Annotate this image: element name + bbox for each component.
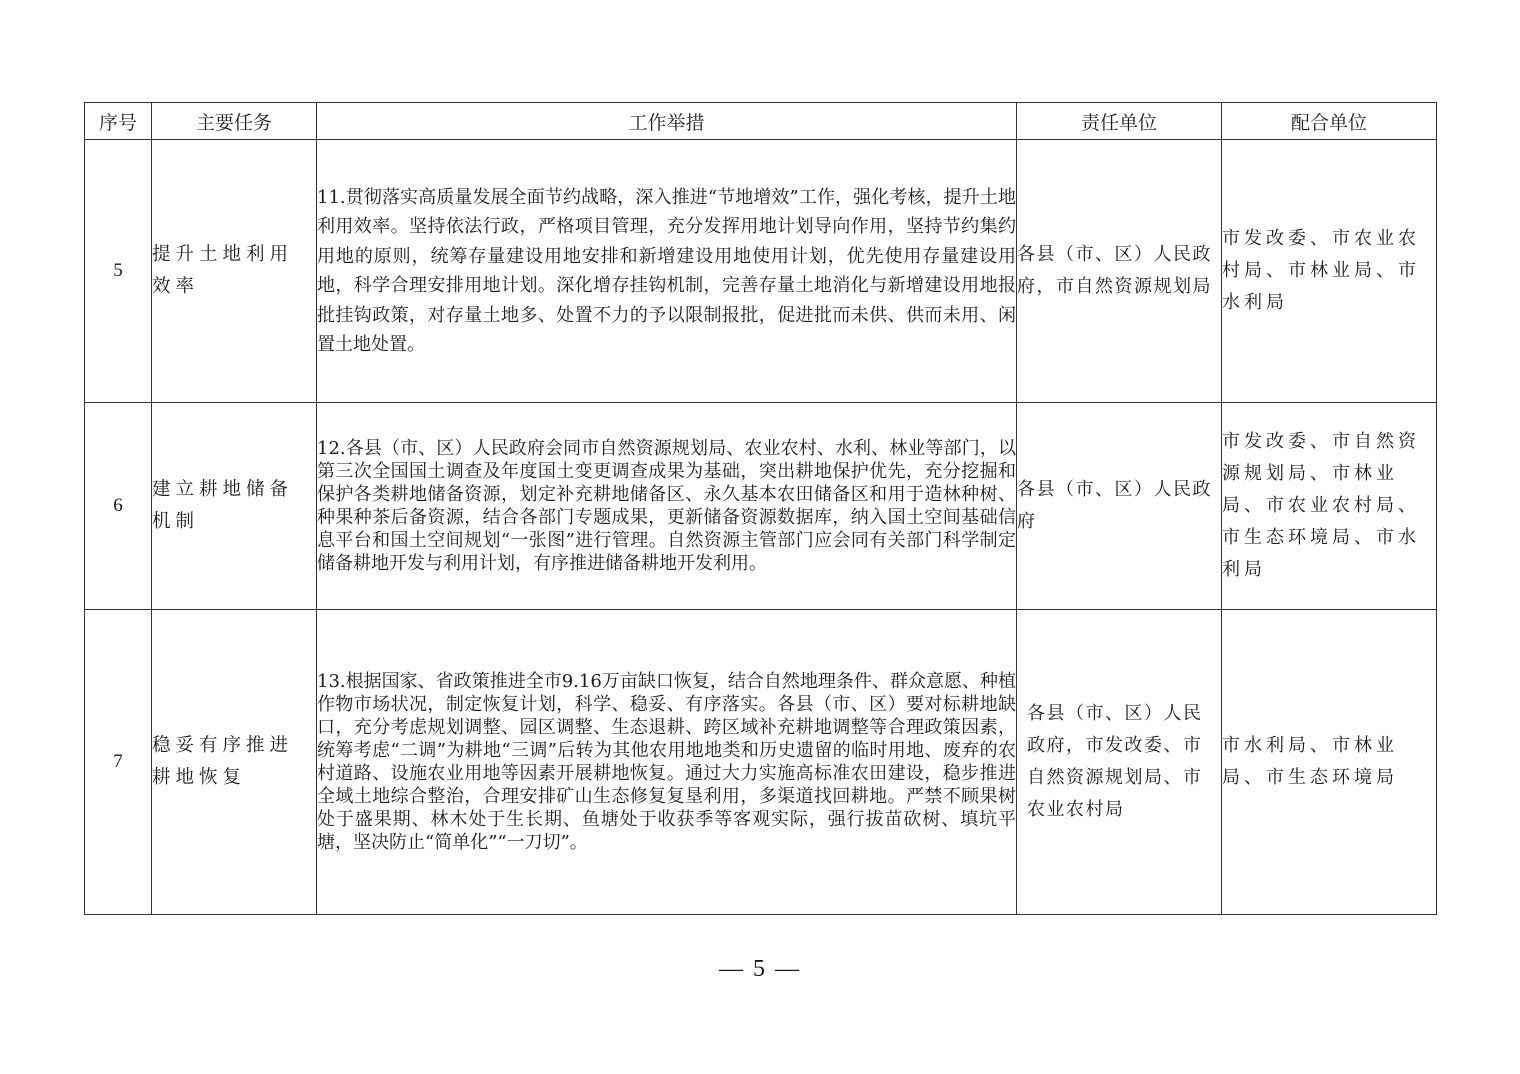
- document-page: 序号 主要任务 工作举措 责任单位 配合单位 5 提升土地利用效率 11.贯彻落…: [0, 0, 1520, 1074]
- table-header-row: 序号 主要任务 工作举措 责任单位 配合单位: [85, 103, 1437, 140]
- table-row: 6 建立耕地储备机制 12.各县（市、区）人民政府会同市自然资源规划局、农业农村…: [85, 403, 1437, 610]
- row-cooperating: 市发改委、市自然资源规划局、市林业局、市农业农村局、市生态环境局、市水利局: [1222, 403, 1437, 610]
- table-row: 7 稳妥有序推进耕地恢复 13.根据国家、省政策推进全市9.16万亩缺口恢复，结…: [85, 610, 1437, 915]
- table-row: 5 提升土地利用效率 11.贯彻落实高质量发展全面节约战略，深入推进“节地增效”…: [85, 140, 1437, 403]
- row-cooperating: 市发改委、市农业农村局、市林业局、市水利局: [1222, 140, 1437, 403]
- header-measure: 工作举措: [317, 103, 1017, 140]
- row-task: 建立耕地储备机制: [152, 403, 317, 610]
- row-measure: 12.各县（市、区）人民政府会同市自然资源规划局、农业农村、水利、林业等部门，以…: [317, 403, 1017, 610]
- header-task: 主要任务: [152, 103, 317, 140]
- row-measure: 11.贯彻落实高质量发展全面节约战略，深入推进“节地增效”工作，强化考核，提升土…: [317, 140, 1017, 403]
- row-no: 7: [85, 610, 152, 915]
- task-table: 序号 主要任务 工作举措 责任单位 配合单位 5 提升土地利用效率 11.贯彻落…: [84, 102, 1437, 915]
- row-responsible: 各县（市、区）人民政府: [1017, 403, 1222, 610]
- row-responsible: 各县（市、区）人民政府，市自然资源规划局: [1017, 140, 1222, 403]
- page-number: — 5 —: [0, 956, 1520, 983]
- row-no: 6: [85, 403, 152, 610]
- row-cooperating: 市水利局、市林业局、市生态环境局: [1222, 610, 1437, 915]
- header-cooperating: 配合单位: [1222, 103, 1437, 140]
- row-task: 稳妥有序推进耕地恢复: [152, 610, 317, 915]
- header-no: 序号: [85, 103, 152, 140]
- header-responsible: 责任单位: [1017, 103, 1222, 140]
- row-measure: 13.根据国家、省政策推进全市9.16万亩缺口恢复，结合自然地理条件、群众意愿、…: [317, 610, 1017, 915]
- row-responsible: 各县（市、区）人民政府，市发改委、市自然资源规划局、市农业农村局: [1017, 610, 1222, 915]
- row-task: 提升土地利用效率: [152, 140, 317, 403]
- row-no: 5: [85, 140, 152, 403]
